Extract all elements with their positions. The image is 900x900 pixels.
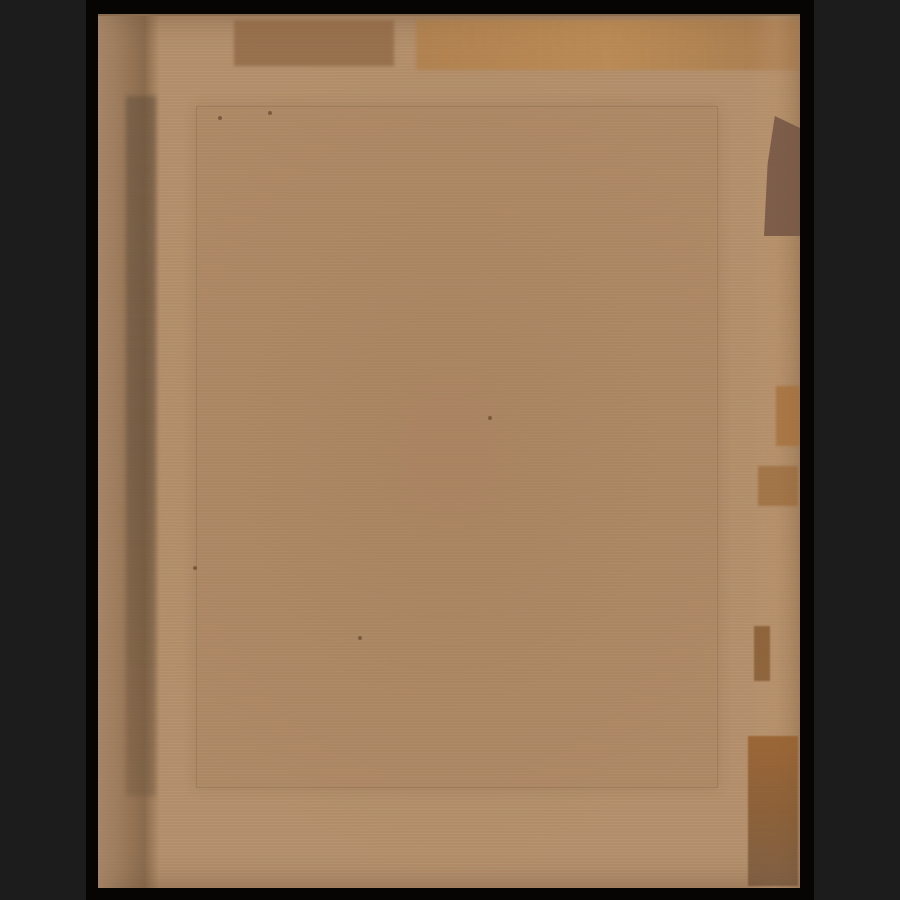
left-stain — [126, 96, 156, 796]
speck — [358, 636, 362, 640]
rust-stain — [776, 386, 800, 446]
top-tape-residue-left — [234, 20, 394, 66]
speck — [218, 116, 222, 120]
rust-stain — [754, 626, 770, 681]
aged-board — [98, 14, 800, 888]
speck — [193, 566, 197, 570]
speck — [488, 416, 492, 420]
speck — [268, 111, 272, 115]
inner-plate-impression — [196, 106, 718, 788]
rust-stain-bottom — [748, 736, 798, 886]
rust-stain — [758, 466, 798, 506]
top-tape-residue-right — [416, 20, 800, 70]
